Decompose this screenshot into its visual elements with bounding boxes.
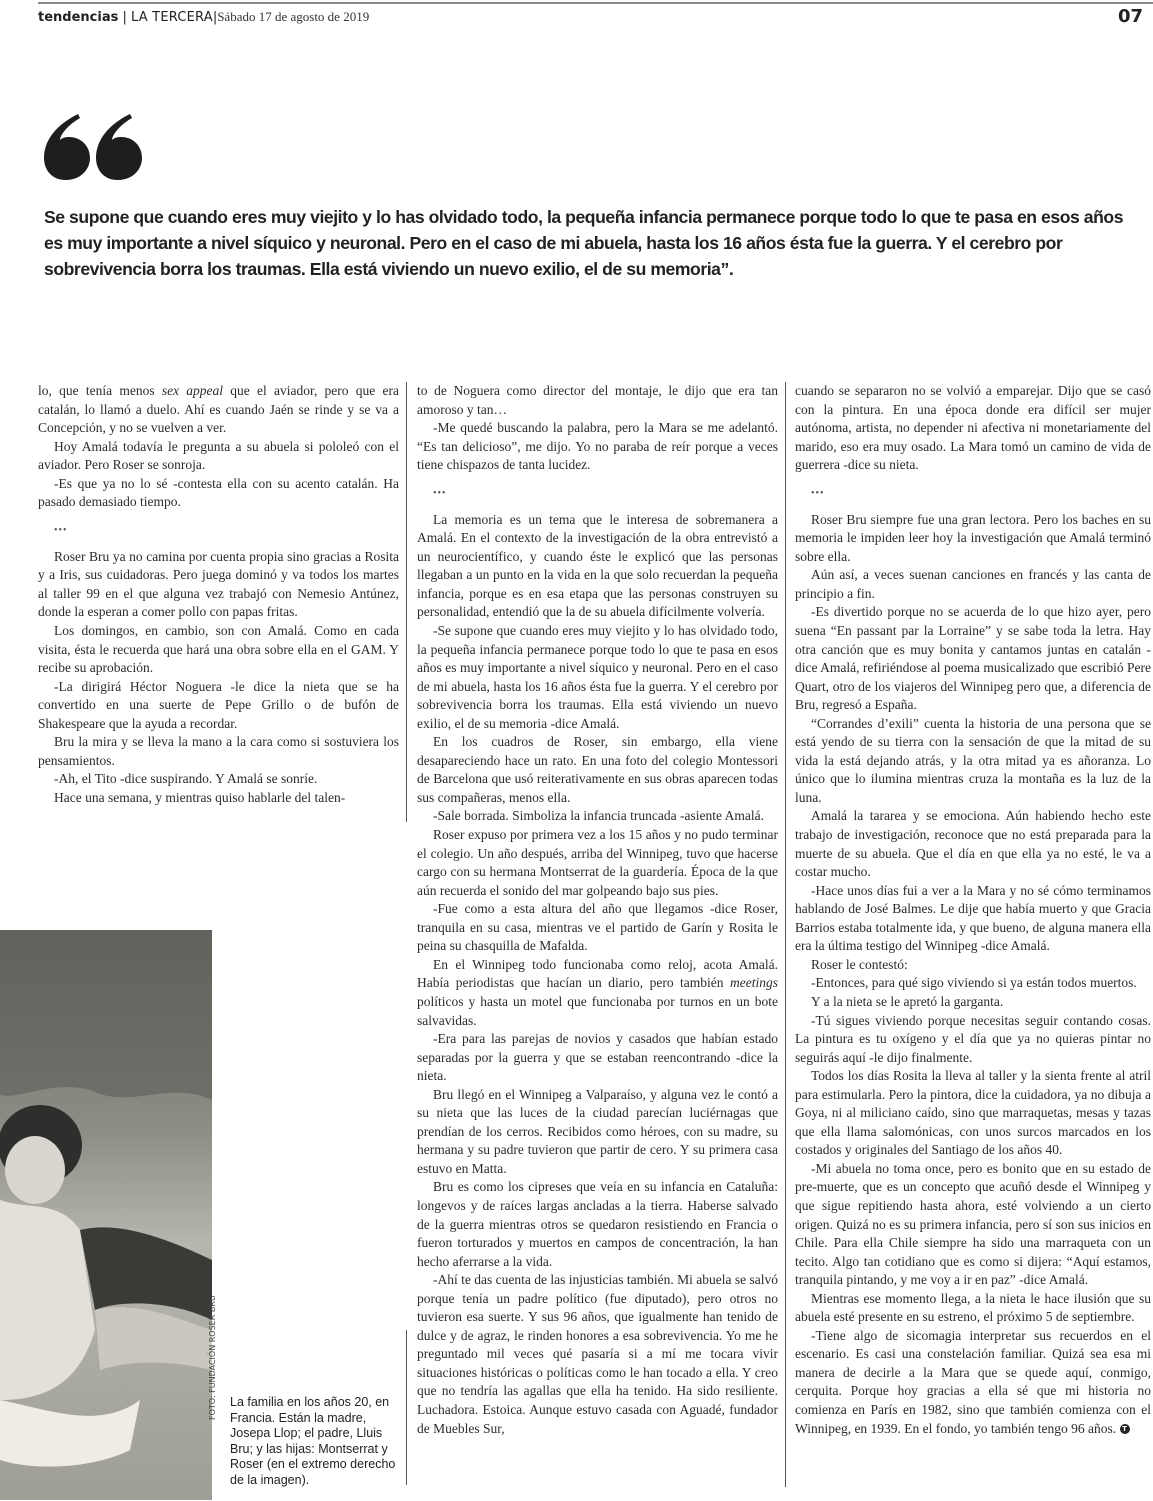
paragraph: Aún así, a veces suenan canciones en fra… <box>795 566 1151 603</box>
paragraph: -Se supone que cuando eres muy viejito y… <box>417 622 778 733</box>
text-run: políticos y hasta un motel que funcionab… <box>417 994 778 1028</box>
paragraph: -Ah, el Tito -dice suspirando. Y Amalá s… <box>38 770 399 789</box>
photo-credit: FOTO: FUNDACIÓN ROSER BRU <box>208 1280 217 1420</box>
paragraph: -Hace unos días fui a ver a la Mara y no… <box>795 882 1151 956</box>
paragraph: Hace una semana, y mientras quiso hablar… <box>38 789 399 808</box>
article-column-2: to de Noguera como director del montaje,… <box>417 382 778 1438</box>
paragraph: -Entonces, para qué sigo viviendo si ya … <box>795 974 1151 993</box>
paragraph: -Fue como a esta altura del año que lleg… <box>417 900 778 956</box>
section-name: tendencias <box>38 10 118 25</box>
paragraph: -Era para las parejas de novios y casado… <box>417 1030 778 1086</box>
italic-term: meetings <box>730 975 778 990</box>
paragraph: Roser Bru siempre fue una gran lectora. … <box>795 511 1151 567</box>
publication-name: LA TERCERA <box>131 10 213 25</box>
paragraph: Roser le contestó: <box>795 956 1151 975</box>
paragraph: to de Noguera como director del montaje,… <box>417 382 778 419</box>
masthead: tendencias | LA TERCERA|Sábado 17 de ago… <box>38 9 369 26</box>
article-column-3: cuando se separaron no se volvió a empar… <box>795 382 1151 1438</box>
paragraph: Los domingos, en cambio, son con Amalá. … <box>38 622 399 678</box>
column-rule <box>406 382 407 822</box>
paragraph: “Corrandes d’exili” cuenta la historia d… <box>795 715 1151 808</box>
paragraph: -Mi abuela no toma once, pero es bonito … <box>795 1160 1151 1290</box>
paragraph: lo, que tenía menos sex appeal que el av… <box>38 382 399 438</box>
photo-caption: La familia en los años 20, en Francia. E… <box>230 1395 405 1488</box>
paragraph: Y a la nieta se le apretó la garganta. <box>795 993 1151 1012</box>
paragraph: -Es que ya no lo sé -contesta ella con s… <box>38 475 399 512</box>
paragraph: Bru la mira y se lleva la mano a la cara… <box>38 733 399 770</box>
page-number: 07 <box>1118 6 1143 27</box>
paragraph: -La dirigirá Héctor Noguera -le dice la … <box>38 678 399 734</box>
paragraph: -Sale borrada. Simboliza la infancia tru… <box>417 807 778 826</box>
quote-open-icon <box>44 112 154 182</box>
italic-term: sex appeal <box>162 383 223 398</box>
issue-date: Sábado 17 de agosto de 2019 <box>217 9 369 24</box>
text-run: -Tiene algo de sicomagia interpretar sus… <box>795 1328 1151 1436</box>
photo-image <box>0 930 212 1500</box>
article-column-1: lo, que tenía menos sex appeal que el av… <box>38 382 399 807</box>
top-rule <box>38 2 1153 4</box>
paragraph: -Es divertido porque no se acuerda de lo… <box>795 603 1151 714</box>
pull-quote: Se supone que cuando eres muy viejito y … <box>44 204 1134 282</box>
paragraph: Bru llegó en el Winnipeg a Valparaíso, y… <box>417 1086 778 1179</box>
paragraph: -Ahí te das cuenta de las injusticias ta… <box>417 1271 778 1438</box>
paragraph: Hoy Amalá todavía le pregunta a su abuel… <box>38 438 399 475</box>
paragraph: cuando se separaron no se volvió a empar… <box>795 382 1151 475</box>
section-separator: ••• <box>54 526 399 536</box>
paragraph: La memoria es un tema que le interesa de… <box>417 511 778 622</box>
end-of-article-icon: T <box>1120 1424 1130 1434</box>
text-run: En el Winnipeg todo funcionaba como relo… <box>417 957 778 991</box>
column-rule <box>785 382 786 1487</box>
paragraph: Roser Bru ya no camina por cuenta propia… <box>38 548 399 622</box>
paragraph: Roser expuso por primera vez a los 15 añ… <box>417 826 778 900</box>
family-photo <box>0 930 212 1500</box>
paragraph: En los cuadros de Roser, sin embargo, el… <box>417 733 778 807</box>
paragraph: -Tú sigues viviendo porque necesitas seg… <box>795 1012 1151 1068</box>
column-rule <box>406 1330 407 1485</box>
paragraph: Bru es como los cipreses que veía en su … <box>417 1178 778 1271</box>
paragraph: Amalá la tararea y se emociona. Aún habi… <box>795 807 1151 881</box>
text-run: lo, que tenía menos <box>38 383 162 398</box>
paragraph: Mientras ese momento llega, a la nieta l… <box>795 1290 1151 1327</box>
paragraph: Todos los días Rosita la lleva al taller… <box>795 1067 1151 1160</box>
section-separator: ••• <box>433 489 778 499</box>
section-separator: ••• <box>811 489 1151 499</box>
paragraph: En el Winnipeg todo funcionaba como relo… <box>417 956 778 1030</box>
paragraph: -Tiene algo de sicomagia interpretar sus… <box>795 1327 1151 1438</box>
masthead-separator: | <box>122 10 126 25</box>
paragraph: -Me quedé buscando la palabra, pero la M… <box>417 419 778 475</box>
